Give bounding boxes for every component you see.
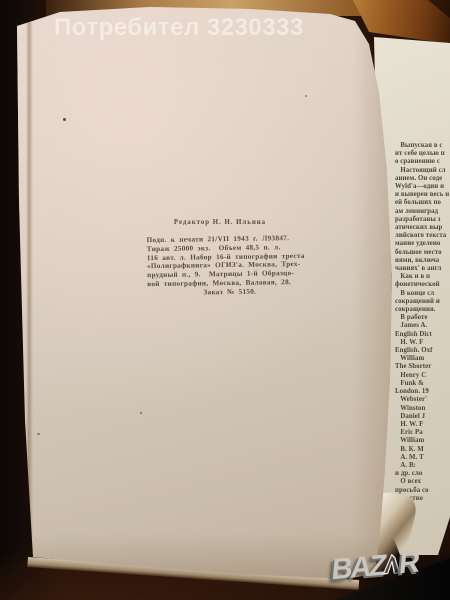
page-speck: [63, 118, 66, 121]
right-page-text-line: В конце сл: [395, 290, 450, 298]
user-watermark: Потребител 3230333: [54, 15, 304, 41]
book-listing-photo: Выпуская в сит себе целью по сравнению с…: [0, 0, 450, 600]
page-speck: [140, 412, 142, 414]
right-page-text-line: мание уделено: [395, 240, 450, 248]
editor-credit-line: Редактор Н. Н. Ильина: [145, 218, 295, 227]
right-page-text-line: В работе: [395, 314, 450, 322]
right-page-text-line: English. Oxf: [395, 347, 450, 355]
right-page-text-line: А. В:: [395, 462, 450, 470]
right-page-text-line: Daniel J: [395, 413, 450, 421]
right-page-text-line: Настоящий сл: [395, 167, 450, 175]
right-page-text-line: лийского текста: [395, 232, 450, 240]
right-page-text-line: James A.: [395, 322, 450, 330]
right-page-text-line: Как и в п: [395, 273, 450, 281]
print-colophon: Подп. к печати 21/VII 1943 г. Л93847.Тир…: [147, 234, 313, 298]
right-page-text-line: ит себе целью п: [395, 150, 450, 158]
right-page-text-line: атических выр: [395, 224, 450, 232]
page-speck: [37, 433, 40, 435]
bazar-logo-suffix: R: [398, 546, 420, 580]
bazar-logo-prefix: BAZ: [330, 549, 386, 586]
right-page-text-line: анием. Он соде: [395, 175, 450, 183]
right-page-text-line: А. М. Т: [395, 454, 450, 462]
right-page-text-line: William: [395, 355, 450, 363]
right-page-text-line: ей больших по: [395, 199, 450, 207]
right-page-text-line: и др. сло: [395, 470, 450, 478]
right-page-text-line: Eric Pa: [395, 429, 450, 437]
right-page-text-line: H. W. F: [395, 339, 450, 347]
right-page-text-line: Выпуская в с: [395, 142, 450, 150]
right-page-text-line: разработаны з: [395, 216, 450, 224]
right-page-text: Выпуская в сит себе целью по сравнению с…: [395, 142, 450, 503]
right-page-text-line: В. К. М: [395, 446, 450, 454]
right-page-text-line: иями, включа: [395, 257, 450, 265]
right-page-text-line: London. 19: [395, 388, 450, 396]
right-page-text-line: сокращения.: [395, 306, 450, 314]
right-page-text-line: Wyld'а—один и: [395, 183, 450, 191]
right-page-text-line: H. W. F: [395, 421, 450, 429]
right-page-text-line: чаниях' в англ: [395, 265, 450, 273]
right-page-text-line: Winston: [395, 405, 450, 413]
right-page-text-line: просьба со: [395, 487, 450, 495]
right-page-text-line: Funk &: [395, 380, 450, 388]
right-page-text-line: ам ленинград: [395, 208, 450, 216]
right-page-text-line: большое место: [395, 249, 450, 257]
right-page-text-line: English Dict: [395, 331, 450, 339]
right-page-text-line: William: [395, 437, 450, 445]
right-page-text-line: и выверен весь н: [395, 191, 450, 199]
right-page-text-line: Webster': [395, 396, 450, 404]
right-page-text-line: сокращений и: [395, 298, 450, 306]
right-page-text-line: о сравнению с: [395, 158, 450, 166]
right-page-text-line: О всех: [395, 478, 450, 486]
page-speck: [305, 95, 307, 97]
left-book-page: Редактор Н. Н. Ильина Подп. к печати 21/…: [0, 0, 400, 592]
right-page-text-line: The Shorter: [395, 363, 450, 371]
right-page-text-line: Henry C: [395, 372, 450, 380]
right-page-text-line: фонетической: [395, 281, 450, 289]
